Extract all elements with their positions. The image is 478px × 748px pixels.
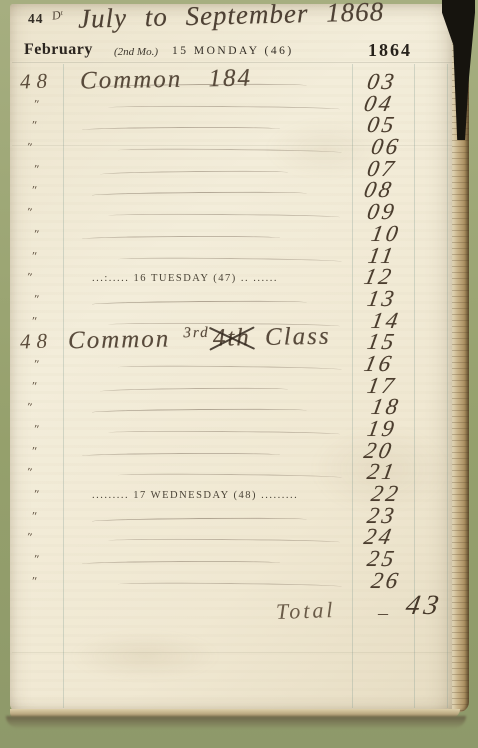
entry-cell xyxy=(66,290,352,312)
margin-mark: ″ xyxy=(32,226,41,242)
pencil-dash xyxy=(118,256,342,263)
entry-cell xyxy=(66,138,352,160)
entry-cell xyxy=(66,225,352,247)
entry-cell: Common 3rd4th Class xyxy=(66,333,352,355)
total-label: Total xyxy=(276,597,336,625)
entry-cell xyxy=(66,550,352,572)
printed-day-heading-monday: 15 MONDAY (46) xyxy=(172,45,294,57)
margin-mark: ″ xyxy=(24,465,34,481)
pencil-dash xyxy=(108,213,340,220)
printed-month-ordinal: (2nd Mo.) xyxy=(114,46,158,58)
pencil-dash xyxy=(100,387,288,394)
printed-year: 1864 xyxy=(368,40,412,61)
entry-cell xyxy=(66,442,352,464)
entry-cell xyxy=(66,507,352,529)
entry-word: Class xyxy=(253,323,331,351)
handwritten-entry: Common 3rd4th Class xyxy=(68,324,331,354)
margin-mark: ″ xyxy=(30,573,39,589)
pencil-dash xyxy=(92,300,307,307)
pencil-dash xyxy=(108,539,340,546)
entry-cell xyxy=(66,377,352,399)
entry-superscript: 3rd xyxy=(183,325,210,341)
entry-cell xyxy=(66,572,352,594)
pencil-dash xyxy=(108,430,340,437)
entry-cell xyxy=(66,116,352,138)
margin-mark: ″ xyxy=(24,530,34,546)
entry-word: Common xyxy=(68,326,183,355)
margin-mark: 48 xyxy=(20,68,54,94)
handwritten-period-title: July to September 1868 xyxy=(78,0,385,35)
total-value: 43 xyxy=(403,590,445,622)
pencil-dash xyxy=(118,365,342,372)
pencil-dash xyxy=(118,473,342,480)
ledger-rows: 48 Common 184 03 ″ 04 ″ 05 ″ 06 ″ 07 ″ 0… xyxy=(10,73,454,594)
pencil-dash xyxy=(92,191,307,198)
margin-mark: ″ xyxy=(32,552,41,568)
entry-cell xyxy=(66,181,352,203)
margin-mark: ″ xyxy=(24,139,34,155)
printed-day-heading: ...:..... 16 TUESDAY (47) .. ...... xyxy=(92,273,278,284)
entry-cell xyxy=(66,463,352,485)
pencil-dash xyxy=(92,517,307,524)
margin-mark: ″ xyxy=(32,487,41,503)
scanned-diary-photo: July to September 1868 44 Dᵗ February (2… xyxy=(0,0,478,748)
entry-cell: ......... 17 WEDNESDAY (48) ......... xyxy=(66,485,352,507)
entry-cell xyxy=(66,355,352,377)
margin-mark: ″ xyxy=(24,270,34,286)
ledger-row: ″ 26 xyxy=(10,572,454,594)
paper-stain xyxy=(70,632,220,680)
pencil-dash xyxy=(82,127,280,133)
margin-mark: ″ xyxy=(24,205,34,221)
entry-cell: Common 184 xyxy=(66,73,352,95)
margin-mark: ″ xyxy=(32,161,41,177)
pencil-dash xyxy=(118,148,342,155)
pencil-dash xyxy=(118,582,342,589)
entry-crossed-out-word: 4th xyxy=(211,325,253,351)
total-line: Total – 43 xyxy=(10,596,454,626)
total-dash: – xyxy=(378,602,388,625)
margin-mark: ″ xyxy=(30,443,39,459)
margin-mark: ″ xyxy=(32,356,41,372)
entry-cell xyxy=(66,420,352,442)
margin-mark: ″ xyxy=(32,291,41,307)
pencil-dash xyxy=(82,235,280,241)
margin-mark: ″ xyxy=(24,400,34,416)
margin-mark: ″ xyxy=(32,422,41,438)
handwritten-margin-note: Dᵗ xyxy=(51,7,64,23)
margin-mark: ″ xyxy=(30,313,39,329)
pencil-dash xyxy=(92,408,307,415)
pencil-dash xyxy=(82,561,280,567)
margin-mark: ″ xyxy=(30,183,39,199)
printed-day-heading: ......... 17 WEDNESDAY (48) ......... xyxy=(92,490,298,501)
printed-page-number: 44 xyxy=(28,11,44,27)
entry-cell xyxy=(66,247,352,269)
margin-mark: ″ xyxy=(30,118,39,134)
entry-cell xyxy=(66,95,352,117)
margin-mark: 48 xyxy=(20,329,54,355)
margin-mark: ″ xyxy=(30,378,39,394)
margin-mark: ″ xyxy=(30,508,39,524)
printed-month-label: February xyxy=(24,41,93,59)
book-shadow xyxy=(6,716,466,728)
pencil-dash xyxy=(108,105,340,112)
entry-cell xyxy=(66,160,352,182)
handwritten-entry: Common 184 xyxy=(80,66,252,94)
entry-cell xyxy=(66,203,352,225)
header-divider-line xyxy=(12,62,452,63)
margin-mark: ″ xyxy=(30,248,39,264)
entry-cell xyxy=(66,398,352,420)
diary-page: July to September 1868 44 Dᵗ February (2… xyxy=(10,4,454,712)
pencil-dash xyxy=(100,170,288,177)
pencil-dash xyxy=(82,452,280,458)
entry-cell xyxy=(66,528,352,550)
entry-cell: ...:..... 16 TUESDAY (47) .. ...... xyxy=(66,268,352,290)
margin-mark: ″ xyxy=(32,96,41,112)
